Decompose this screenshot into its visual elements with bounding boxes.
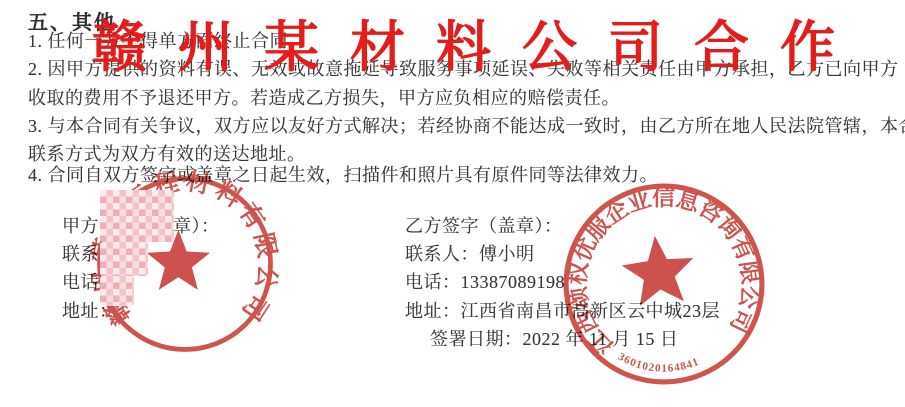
party-b-sign-label: 乙方签字（盖章）： [405,212,563,238]
mosaic-redaction [100,276,134,306]
mosaic-redaction [100,190,174,242]
party-b-seal: 江西颂权优服企业信息咨询有限公司 3601020164841 [552,172,776,396]
contract-page: 五、其他 1. 任何一方不得单方面终止合同。 2. 因甲方提供的资料有误、无效或… [0,0,905,407]
watermark-overlay-text: 赣州某材料公司合作 [92,20,866,75]
star-icon [619,232,698,307]
party-b-phone: 电话：13387089198 [405,268,565,294]
clause-line-2-cont: 收取的费用不予退还甲方。若造成乙方损失，甲方应负相应的赔偿责任。 [28,84,620,110]
clause-line-3: 3. 与本合同有关争议，双方应以友好方式解决；若经协商不能达成一致时，由乙方所在… [28,112,905,138]
party-b-contact: 联系人：傅小明 [405,240,535,266]
mosaic-redaction [100,242,148,276]
